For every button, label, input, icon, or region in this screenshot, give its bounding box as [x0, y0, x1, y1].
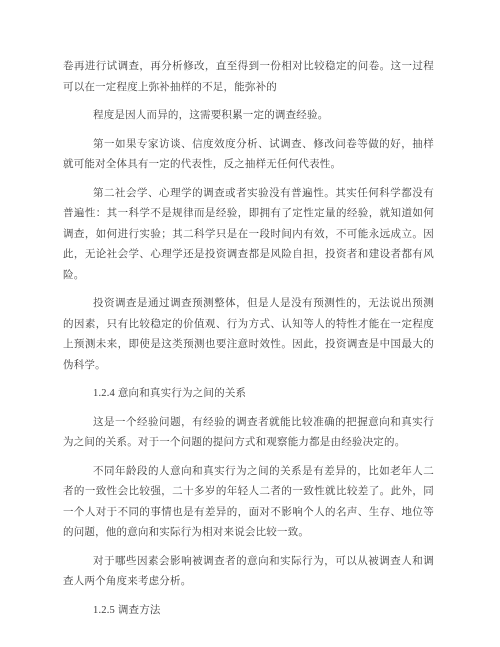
paragraph: 投资调查是通过调查预测整体，但是人是没有预测性的，无法说出预测的因素，只有比较稳…	[63, 294, 434, 376]
section-heading-1-2-4: 1.2.4 意向和真实行为之间的关系	[63, 384, 434, 405]
paragraph-continuation: 卷再进行试调查，再分析修改，直至得到一份相对比较稳定的问卷。这一过程可以在一定程…	[63, 57, 434, 98]
paragraph: 程度是因人而异的，这需要积累一定的调查经验。	[63, 106, 434, 127]
document-text-column: 卷再进行试调查，再分析修改，直至得到一份相对比较稳定的问卷。这一过程可以在一定程…	[63, 57, 434, 629]
paragraph: 不同年龄段的人意向和真实行为之间的关系是有差异的，比如老年人二者的一致性会比较强…	[63, 462, 434, 544]
paragraph: 对于哪些因素会影响被调查者的意向和实际行为，可以从被调查人和调查人两个角度来考虑…	[63, 552, 434, 593]
paragraph: 这是一个经验问题，有经验的调查者就能比较准确的把握意向和真实行为之间的关系。对于…	[63, 413, 434, 454]
paragraph: 第一如果专家访谈、信度效度分析、试调查、修改问卷等做的好，抽样就可能对全体具有一…	[63, 135, 434, 176]
section-heading-1-2-5: 1.2.5 调查方法	[63, 601, 434, 622]
paragraph: 第二社会学、心理学的调查或者实验没有普遍性。其实任何科学都没有普遍性：其一科学不…	[63, 184, 434, 287]
document-page: 卷再进行试调查，再分析修改，直至得到一份相对比较稳定的问卷。这一过程可以在一定程…	[0, 0, 500, 647]
